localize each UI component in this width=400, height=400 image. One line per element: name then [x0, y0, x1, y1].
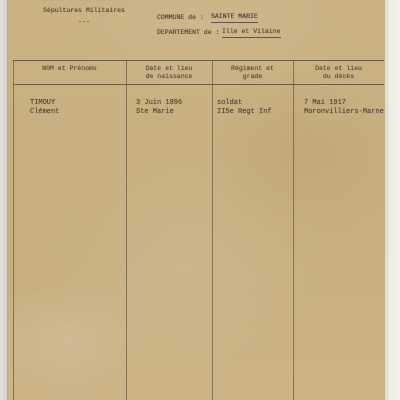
- scanned-document-page: Service de l'Etat-Civil et des Sépulture…: [0, 0, 400, 400]
- record-death-place: Moronvilliers-Marne: [304, 108, 384, 117]
- record-firstname: Clément: [30, 108, 59, 117]
- record-birth-date: 3 Juin 1896: [136, 99, 182, 108]
- record-birth-place: Ste Marie: [136, 108, 182, 117]
- row-birth-cell: 3 Juin 1896 Ste Marie: [136, 99, 182, 116]
- table-divider-3: [293, 60, 294, 400]
- table-left-rule: [13, 60, 14, 400]
- org-heading-divider: ---: [14, 18, 154, 26]
- departement-value: Ille et Vilaine: [222, 28, 281, 38]
- header-regiment-line2: grade: [212, 73, 293, 81]
- scanner-bed-right-edge: [385, 0, 400, 400]
- departement-label: DEPARTEMENT de :: [157, 29, 219, 37]
- table-top-rule: [13, 60, 384, 61]
- table-header-deces: Date et lieu du décès: [293, 65, 384, 81]
- row-death-cell: 7 Mai 1917 Moronvilliers-Marne: [304, 99, 384, 116]
- table-header-naissance: Date et lieu de naissance: [126, 65, 212, 81]
- record-surname: TIMOUY: [30, 99, 59, 108]
- header-naissance-line2: de naissance: [126, 73, 212, 81]
- row-name-cell: TIMOUY Clément: [30, 99, 59, 116]
- org-heading-line1: Service de l'Etat-Civil et des: [14, 0, 154, 3]
- header-nom-line1: NOM et Prénoms: [13, 65, 126, 73]
- record-death-date: 7 Mai 1917: [304, 99, 384, 108]
- commune-label: COMMUNE de :: [157, 14, 204, 22]
- table-divider-1: [126, 60, 127, 400]
- header-deces-line2: du décès: [293, 73, 384, 81]
- table-header-regiment: Régiment et grade: [212, 65, 293, 81]
- scanner-bed-left-edge: [0, 0, 7, 400]
- commune-value: SAINTE MARIE: [211, 13, 258, 23]
- table-header-nom: NOM et Prénoms: [13, 65, 126, 73]
- row-regiment-cell: soldat II5e Regt Inf: [217, 99, 272, 116]
- header-deces-line1: Date et lieu: [293, 65, 384, 73]
- header-regiment-line1: Régiment et: [212, 65, 293, 73]
- table-divider-2: [212, 60, 213, 400]
- record-regiment: II5e Regt Inf: [217, 108, 272, 117]
- header-naissance-line1: Date et lieu: [126, 65, 212, 73]
- table-header-rule: [13, 84, 384, 85]
- record-grade: soldat: [217, 99, 272, 108]
- org-heading-line2: Sépultures Militaires: [14, 7, 154, 15]
